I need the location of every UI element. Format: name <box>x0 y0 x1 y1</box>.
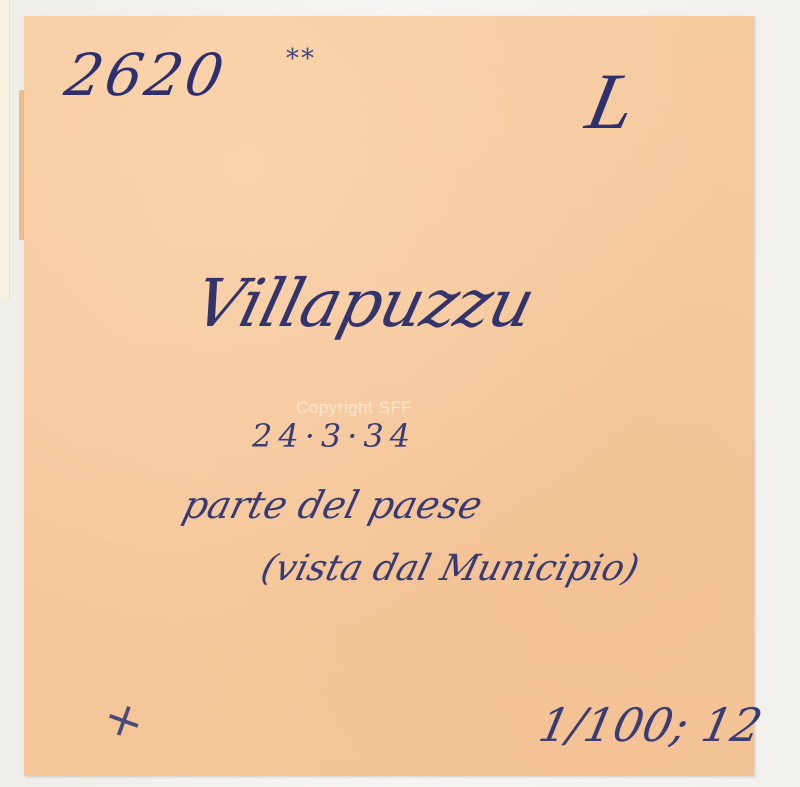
format-code: 1/100; 12 <box>535 702 766 748</box>
index-card: 2620 ** L Villapuzzu Copyright SFF 24·3·… <box>24 16 754 776</box>
description-line-2: (vista dal Municipio) <box>258 551 643 587</box>
place-name: Villapuzzu <box>188 271 540 337</box>
catalog-number: 2620 <box>61 46 231 104</box>
date: 24·3·34 <box>252 420 416 452</box>
scan-background: 2620 ** L Villapuzzu Copyright SFF 24·3·… <box>0 0 800 787</box>
catalog-stars: ** <box>286 46 316 72</box>
copyright-watermark: Copyright SFF <box>296 398 412 418</box>
description-line-1: parte del paese <box>179 486 486 524</box>
underlying-sheet-edge <box>0 0 10 300</box>
letter-mark: L <box>580 62 642 142</box>
cross-mark-icon: + <box>97 691 151 750</box>
